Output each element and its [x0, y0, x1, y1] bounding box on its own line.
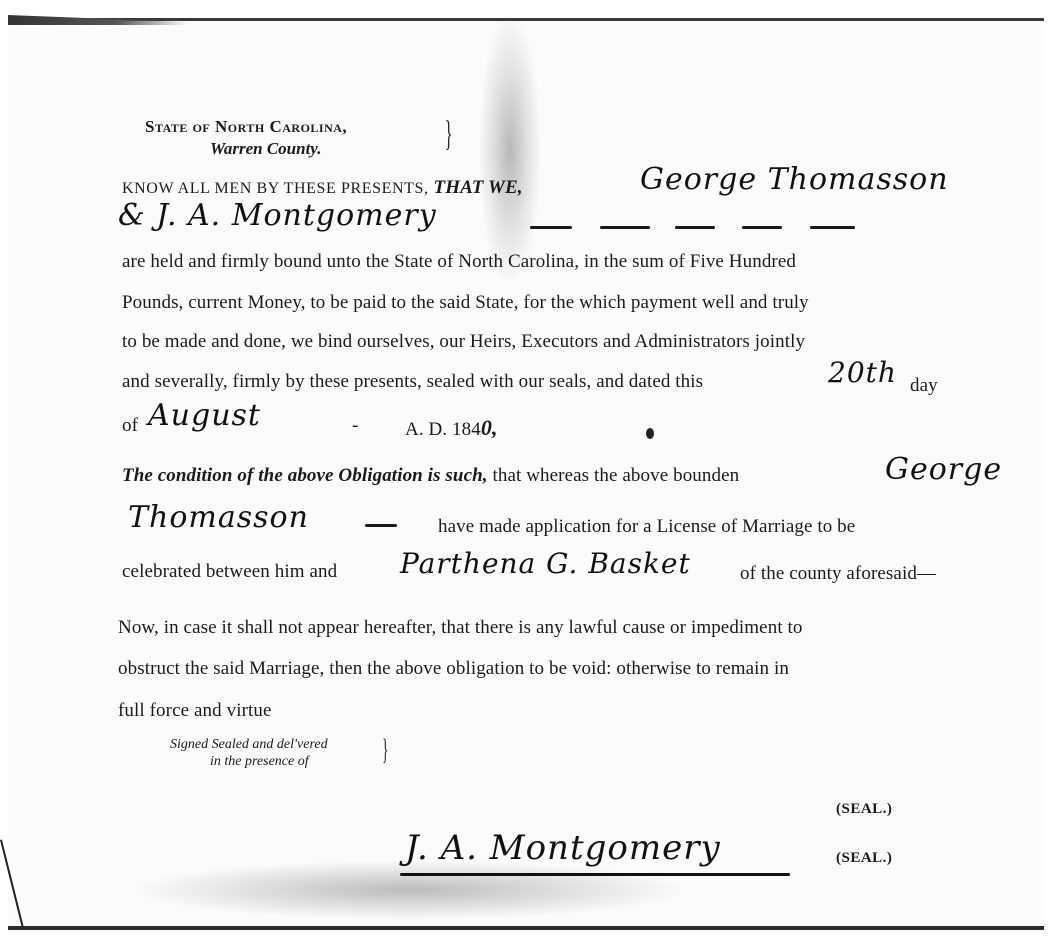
condition-italic: The condition of the above Obligation is…	[122, 465, 488, 486]
preamble: KNOW ALL MEN BY THESE PRESENTS, THAT WE,	[122, 177, 523, 199]
handwritten-groom-first: George	[885, 452, 1002, 487]
body-line-5-of: of	[122, 415, 138, 437]
body-line-2: Pounds, current Money, to be paid to the…	[122, 292, 809, 314]
blank-dash	[742, 226, 782, 229]
handwritten-bride: Parthena G. Basket	[400, 547, 691, 580]
blank-dash	[675, 226, 715, 229]
body-line-1: are held and firmly bound unto the State…	[122, 251, 796, 273]
signature-underline	[400, 873, 790, 876]
blank-dash	[810, 226, 855, 229]
body-line-4: and severally, firmly by these presents,…	[122, 371, 703, 393]
condition-rest: that whereas the above bounden	[492, 465, 739, 486]
body-line-7: have made application for a License of M…	[438, 516, 855, 538]
body-line-5-dash: -	[352, 415, 358, 437]
ink-spot	[646, 428, 654, 439]
body-line-11: full force and virtue	[118, 700, 272, 722]
bottom-smudge	[130, 860, 690, 920]
witness-line-2: in the presence of	[210, 754, 309, 770]
brace-icon: }	[382, 733, 388, 767]
handwritten-bondsman-1: George Thomasson	[640, 162, 949, 197]
year-printed: A. D. 184	[405, 419, 481, 440]
body-line-8-a: celebrated between him and	[122, 561, 337, 583]
signature: J. A. Montgomery	[405, 828, 721, 868]
body-line-10: obstruct the said Marriage, then the abo…	[118, 658, 789, 680]
handwritten-groom-last: Thomasson	[128, 500, 309, 535]
handwritten-day: 20th	[828, 356, 897, 389]
blank-dash	[365, 524, 397, 527]
seal-label-2: (SEAL.)	[836, 850, 892, 867]
brace-icon: }	[445, 112, 453, 154]
preamble-caps: KNOW ALL MEN BY THESE PRESENTS,	[122, 180, 429, 197]
body-line-9: Now, in case it shall not appear hereaft…	[118, 617, 803, 639]
seal-label-1: (SEAL.)	[836, 801, 892, 818]
blank-dash	[530, 226, 572, 229]
body-line-3: to be made and done, we bind ourselves, …	[122, 331, 805, 353]
body-line-4-text: and severally, firmly by these presents,…	[122, 371, 703, 392]
preamble-italic: THAT WE,	[433, 177, 522, 198]
heading-county: Warren County.	[210, 139, 321, 159]
witness-line-1: Signed Sealed and del'vered	[170, 737, 328, 753]
handwritten-month: August	[148, 398, 261, 433]
handwritten-bondsman-2: & J. A. Montgomery	[118, 198, 437, 233]
year-handwritten: 0,	[481, 415, 498, 440]
heading-state: State of North Carolina,	[145, 117, 347, 137]
body-line-5-year: A. D. 1840,	[405, 415, 498, 441]
condition-line: The condition of the above Obligation is…	[122, 465, 739, 487]
body-line-4-day: day	[910, 375, 938, 397]
fold-shadow	[480, 20, 540, 280]
blank-dash	[600, 226, 650, 229]
body-line-8-b: of the county aforesaid—	[740, 563, 936, 585]
